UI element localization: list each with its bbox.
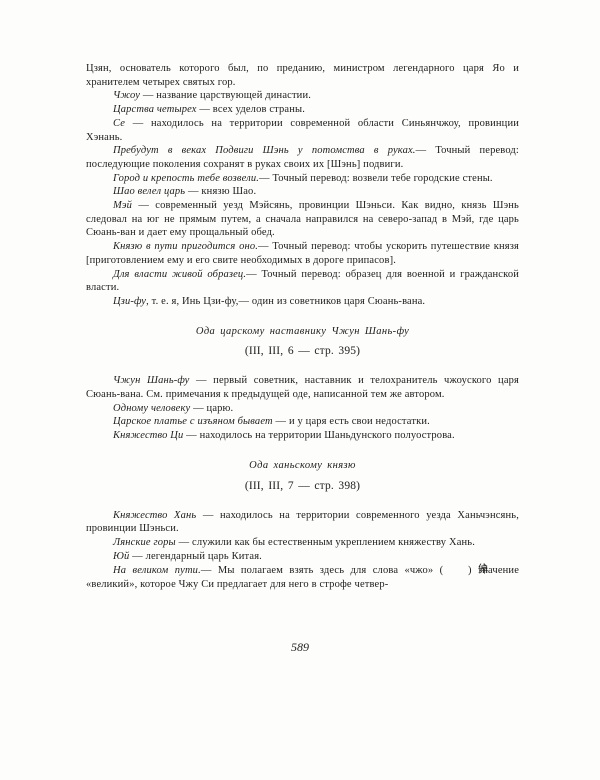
term-italic: Лянские горы: [113, 537, 176, 548]
ode-reference: (III, III, 7 — стр. 398): [86, 479, 519, 494]
note-paragraph: Пребудут в веках Подвиги Шэнь у потомств…: [86, 144, 519, 171]
term-italic: Чжун Шань-фу: [113, 375, 190, 386]
ode-title: Ода царскому наставнику Чжун Шань-фу: [86, 325, 519, 339]
note-paragraph: Лянские горы — служили как бы естественн…: [86, 536, 519, 550]
note-paragraph: На великом пути.— Мы полагаем взять здес…: [86, 563, 519, 591]
note-paragraph: Чжоу — название царствующей династии.: [86, 89, 519, 103]
note-paragraph: Для власти живой образец.— Точный перево…: [86, 268, 519, 295]
page-number: 589: [0, 640, 600, 655]
term-italic: Город и крепость тебе возвели.: [113, 173, 259, 184]
text-run: — название царствующей династии.: [140, 90, 311, 101]
note-paragraph: Царства четырех — всех уделов страны.: [86, 103, 519, 117]
note-paragraph: Княжество Хань — находилось на территори…: [86, 509, 519, 536]
term-italic: Царства четырех: [113, 104, 197, 115]
term-italic: Цзи-фу: [113, 296, 146, 307]
term-italic: Царское платье с изъяном бывает: [113, 416, 273, 427]
term-italic: Шао велел царь: [113, 186, 185, 197]
text-run: — и у царя есть свои недостатки.: [273, 416, 430, 427]
note-paragraph: Князю в пути пригодится оно.— Точный пер…: [86, 240, 519, 267]
hanzi-zhuo-glyph: [450, 563, 462, 574]
note-paragraph: Шао велел царь — князю Шао.: [86, 185, 519, 199]
text-run: , т. е. я, Инь Цзи-фу,— один из советник…: [146, 296, 425, 307]
term-italic: Для власти живой образец.: [113, 269, 246, 280]
term-italic: Пребудут в веках Подвиги Шэнь у потомств…: [113, 145, 416, 156]
text-run: — служили как бы естественным укрепление…: [176, 537, 475, 548]
ode-title: Ода ханьскому князю: [86, 459, 519, 473]
text-run: — находилось на территории современной о…: [86, 118, 519, 143]
ode-reference: (III, III, 6 — стр. 395): [86, 344, 519, 359]
note-paragraph: Чжун Шань-фу — первый советник, наставни…: [86, 374, 519, 401]
text-run: — Точный перевод: возвели тебе городские…: [259, 173, 493, 184]
text-run: — князю Шао.: [185, 186, 256, 197]
term-italic: Се: [113, 118, 125, 129]
text-run: — Мы полагаем взять здесь для слова «чжо…: [201, 565, 450, 576]
note-paragraph: Цзян, основатель которого был, по предан…: [86, 62, 519, 89]
note-paragraph: Царское платье с изъяном бывает — и у ца…: [86, 415, 519, 429]
text-run: — современный уезд Мэйсянь, провинции Шэ…: [86, 200, 519, 238]
term-italic: Княжество Хань: [113, 510, 196, 521]
note-paragraph: Се — находилось на территории современно…: [86, 117, 519, 144]
note-paragraph: Княжество Ци — находилось на территории …: [86, 429, 519, 443]
book-page: Цзян, основатель которого был, по предан…: [0, 0, 600, 780]
note-paragraph: Одному человеку — царю.: [86, 402, 519, 416]
term-italic: На великом пути.: [113, 565, 201, 576]
text-block: Цзян, основатель которого был, по предан…: [86, 62, 519, 592]
term-italic: Одному человеку: [113, 403, 190, 414]
term-italic: Княжество Ци: [113, 430, 183, 441]
term-italic: Мэй: [113, 200, 132, 211]
text-run: — находилось на территории Шаньдунского …: [183, 430, 454, 441]
note-paragraph: Мэй — современный уезд Мэйсянь, провинци…: [86, 199, 519, 240]
text-run: — легендарный царь Китая.: [129, 551, 262, 562]
term-italic: Чжоу: [113, 90, 140, 101]
note-paragraph: Юй — легендарный царь Китая.: [86, 550, 519, 564]
term-italic: Князю в пути пригодится оно.: [113, 241, 258, 252]
note-paragraph: Город и крепость тебе возвели.— Точный п…: [86, 172, 519, 186]
note-paragraph: Цзи-фу, т. е. я, Инь Цзи-фу,— один из со…: [86, 295, 519, 309]
term-italic: Юй: [113, 551, 129, 562]
text-run: — всех уделов страны.: [197, 104, 305, 115]
text-run: Цзян, основатель которого был, по предан…: [86, 63, 519, 88]
text-run: — царю.: [190, 403, 233, 414]
